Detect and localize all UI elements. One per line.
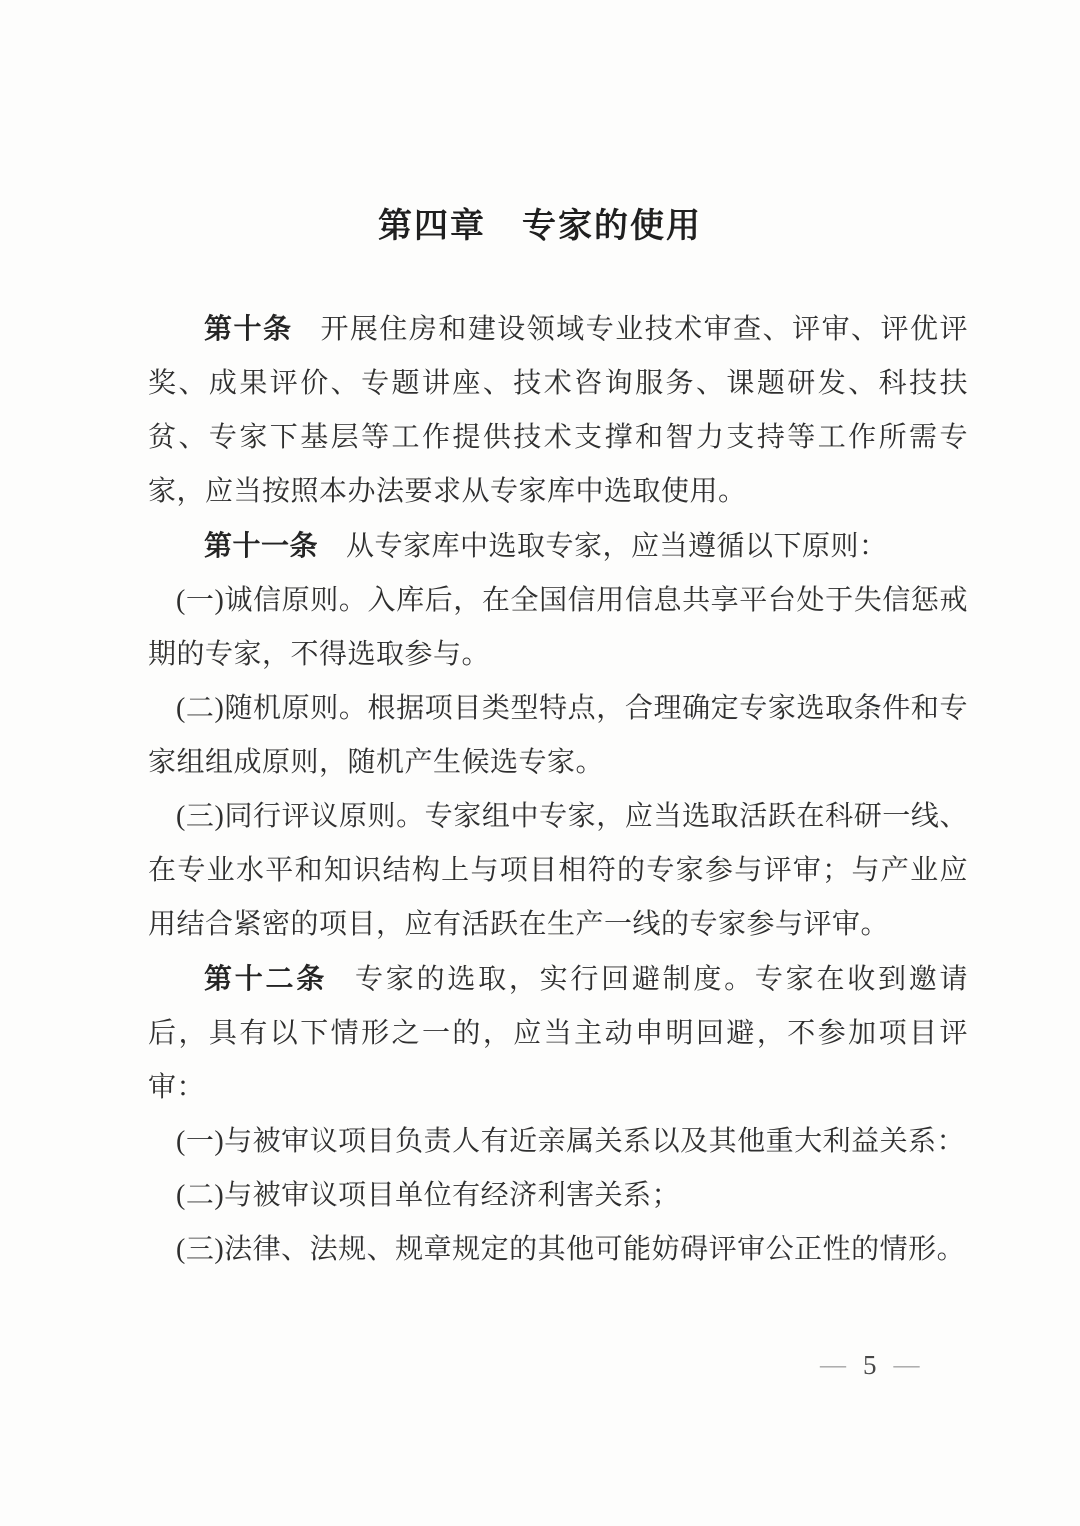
footer-dash-left: — (820, 1348, 846, 1382)
page-footer: — 5 — (820, 1348, 920, 1382)
paragraph: 第十二条专家的选取，实行回避制度。专家在收到邀请后，具有以下情形之一的，应当主动… (148, 952, 968, 1115)
paragraph-text: (二)与被审议项目单位有经济利害关系； (176, 1180, 680, 1211)
paragraph: (一)诚信原则。入库后，在全国信用信息共享平台处于失信惩戒期的专家，不得选取参与… (148, 574, 968, 682)
page-number: 5 (863, 1348, 877, 1382)
paragraph: (二)随机原则。根据项目类型特点，合理确定专家选取条件和专家组组成原则，随机产生… (148, 682, 968, 790)
paragraph-text: 从专家库中选取专家，应当遵循以下原则： (346, 531, 888, 562)
paragraph-text: (一)诚信原则。入库后，在全国信用信息共享平台处于失信惩戒期的专家，不得选取参与… (148, 585, 968, 670)
paragraph: 第十条开展住房和建设领域专业技术审查、评审、评优评奖、成果评价、专题讲座、技术咨… (148, 302, 968, 519)
document-body: 第十条开展住房和建设领域专业技术审查、评审、评优评奖、成果评价、专题讲座、技术咨… (148, 302, 968, 1277)
paragraph: 第十一条从专家库中选取专家，应当遵循以下原则： (148, 519, 968, 574)
paragraph-text: (一)与被审议项目负责人有近亲属关系以及其他重大利益关系： (176, 1126, 965, 1157)
article-number: 第十二条 (204, 962, 327, 995)
paragraph: (三)法律、法规、规章规定的其他可能妨碍评审公正性的情形。 (148, 1223, 968, 1277)
article-number: 第十条 (204, 312, 292, 345)
article-number: 第十一条 (204, 529, 318, 562)
document-page: 第四章 专家的使用 第十条开展住房和建设领域专业技术审查、评审、评优评奖、成果评… (0, 0, 1080, 1526)
paragraph: (三)同行评议原则。专家组中专家，应当选取活跃在科研一线、在专业水平和知识结构上… (148, 790, 968, 952)
chapter-heading: 第四章 专家的使用 (0, 198, 1080, 247)
footer-dash-right: — (894, 1348, 920, 1382)
paragraph-text: (三)同行评议原则。专家组中专家，应当选取活跃在科研一线、在专业水平和知识结构上… (148, 801, 968, 940)
paragraph-text: (三)法律、法规、规章规定的其他可能妨碍评审公正性的情形。 (176, 1234, 965, 1265)
paragraph: (一)与被审议项目负责人有近亲属关系以及其他重大利益关系： (148, 1115, 968, 1169)
paragraph: (二)与被审议项目单位有经济利害关系； (148, 1169, 968, 1223)
paragraph-text: (二)随机原则。根据项目类型特点，合理确定专家选取条件和专家组组成原则，随机产生… (148, 693, 968, 778)
